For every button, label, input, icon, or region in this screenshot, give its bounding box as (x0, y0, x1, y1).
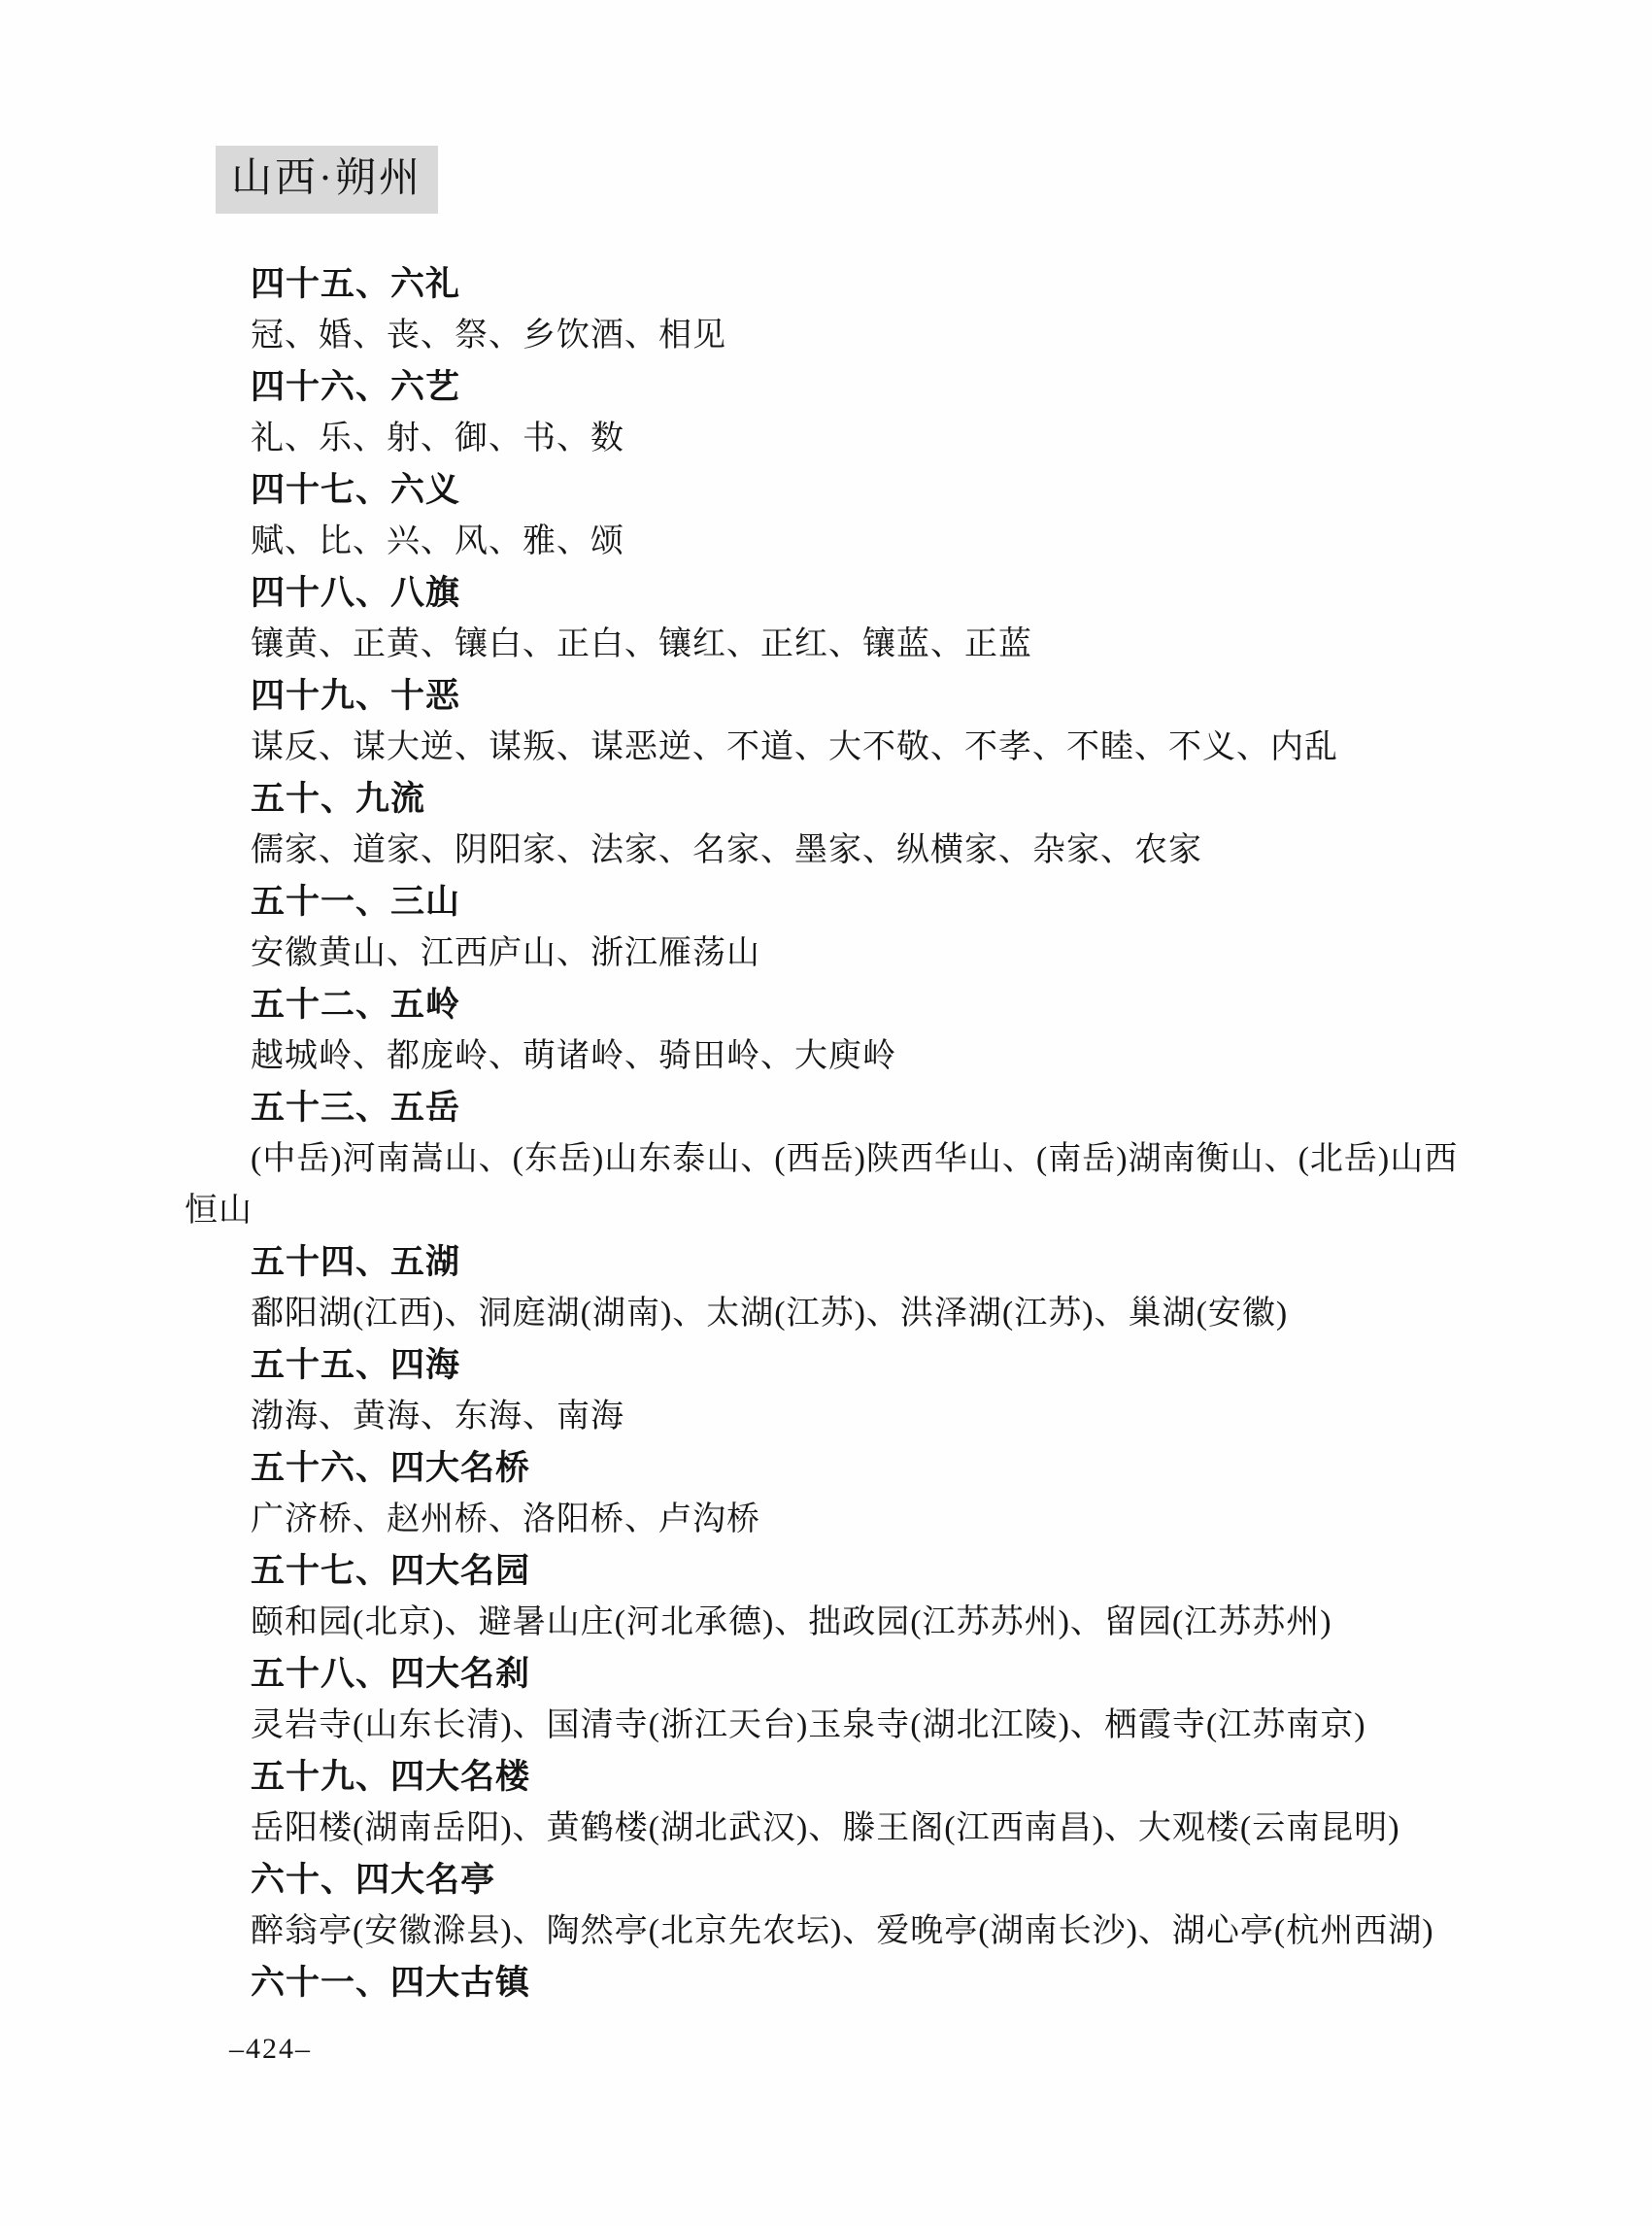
section-heading: 六十一、四大古镇 (185, 1957, 1476, 2008)
section-heading: 四十九、十恶 (185, 670, 1476, 722)
section: 五十三、五岳(中岳)河南嵩山、(东岳)山东泰山、(西岳)陕西华山、(南岳)湖南衡… (185, 1082, 1476, 1236)
section: 五十八、四大名刹灵岩寺(山东长清)、国清寺(浙江天台)玉泉寺(湖北江陵)、栖霞寺… (185, 1648, 1476, 1751)
section-content-line: 赋、比、兴、风、雅、颂 (185, 516, 1476, 567)
section-content-line: 灵岩寺(山东长清)、国清寺(浙江天台)玉泉寺(湖北江陵)、栖霞寺(江苏南京) (185, 1700, 1476, 1751)
section-heading: 五十五、四海 (185, 1339, 1476, 1391)
section-heading: 四十六、六艺 (185, 361, 1476, 413)
section: 四十五、六礼冠、婚、丧、祭、乡饮酒、相见 (185, 258, 1476, 361)
section: 五十、九流儒家、道家、阴阳家、法家、名家、墨家、纵横家、杂家、农家 (185, 773, 1476, 876)
section-content-line: 广济桥、赵州桥、洛阳桥、卢沟桥 (185, 1494, 1476, 1545)
section-heading: 四十八、八旗 (185, 567, 1476, 619)
section: 五十六、四大名桥广济桥、赵州桥、洛阳桥、卢沟桥 (185, 1442, 1476, 1545)
section: 六十、四大名亭醉翁亭(安徽滁县)、陶然亭(北京先农坛)、爱晚亭(湖南长沙)、湖心… (185, 1854, 1476, 1957)
section: 五十五、四海渤海、黄海、东海、南海 (185, 1339, 1476, 1442)
section-content-line: 儒家、道家、阴阳家、法家、名家、墨家、纵横家、杂家、农家 (185, 825, 1476, 876)
section-content-line: 镶黄、正黄、镶白、正白、镶红、正红、镶蓝、正蓝 (185, 619, 1476, 670)
section-content-line: 谋反、谋大逆、谋叛、谋恶逆、不道、大不敬、不孝、不睦、不义、内乱 (185, 722, 1476, 773)
section: 五十四、五湖鄱阳湖(江西)、洞庭湖(湖南)、太湖(江苏)、洪泽湖(江苏)、巢湖(… (185, 1236, 1476, 1339)
section: 五十九、四大名楼岳阳楼(湖南岳阳)、黄鹤楼(湖北武汉)、滕王阁(江西南昌)、大观… (185, 1751, 1476, 1854)
section: 五十一、三山安徽黄山、江西庐山、浙江雁荡山 (185, 876, 1476, 979)
section: 五十二、五岭越城岭、都庞岭、萌诸岭、骑田岭、大庾岭 (185, 979, 1476, 1082)
section-heading: 四十五、六礼 (185, 258, 1476, 310)
book-page: 山西·朔州 四十五、六礼冠、婚、丧、祭、乡饮酒、相见四十六、六艺礼、乐、射、御、… (0, 0, 1652, 2226)
section-content-line: 安徽黄山、江西庐山、浙江雁荡山 (185, 927, 1476, 979)
page-number: –424– (229, 2032, 312, 2067)
section-content-line: 礼、乐、射、御、书、数 (185, 413, 1476, 464)
section-content-line: 冠、婚、丧、祭、乡饮酒、相见 (185, 310, 1476, 361)
section-heading: 五十、九流 (185, 773, 1476, 825)
page-content: 四十五、六礼冠、婚、丧、祭、乡饮酒、相见四十六、六艺礼、乐、射、御、书、数四十七… (185, 258, 1476, 2008)
section: 五十七、四大名园颐和园(北京)、避暑山庄(河北承德)、拙政园(江苏苏州)、留园(… (185, 1545, 1476, 1648)
section-heading: 五十六、四大名桥 (185, 1442, 1476, 1494)
section-heading: 五十四、五湖 (185, 1236, 1476, 1288)
section-content-line: 恒山 (185, 1185, 1476, 1236)
section-heading: 五十九、四大名楼 (185, 1751, 1476, 1803)
section-heading: 四十七、六义 (185, 464, 1476, 516)
section-content-line: 醉翁亭(安徽滁县)、陶然亭(北京先农坛)、爱晚亭(湖南长沙)、湖心亭(杭州西湖) (185, 1906, 1476, 1957)
section: 四十九、十恶谋反、谋大逆、谋叛、谋恶逆、不道、大不敬、不孝、不睦、不义、内乱 (185, 670, 1476, 773)
section: 六十一、四大古镇 (185, 1957, 1476, 2008)
section-heading: 六十、四大名亭 (185, 1854, 1476, 1906)
section-content-line: 越城岭、都庞岭、萌诸岭、骑田岭、大庾岭 (185, 1030, 1476, 1082)
section: 四十六、六艺礼、乐、射、御、书、数 (185, 361, 1476, 464)
section-content-line: 岳阳楼(湖南岳阳)、黄鹤楼(湖北武汉)、滕王阁(江西南昌)、大观楼(云南昆明) (185, 1803, 1476, 1854)
section-heading: 五十八、四大名刹 (185, 1648, 1476, 1700)
section-heading: 五十三、五岳 (185, 1082, 1476, 1133)
section-content-line: (中岳)河南嵩山、(东岳)山东泰山、(西岳)陕西华山、(南岳)湖南衡山、(北岳)… (185, 1133, 1476, 1185)
running-header: 山西·朔州 (216, 146, 438, 214)
section-heading: 五十七、四大名园 (185, 1545, 1476, 1597)
section-heading: 五十一、三山 (185, 876, 1476, 927)
section: 四十七、六义赋、比、兴、风、雅、颂 (185, 464, 1476, 567)
section-content-line: 鄱阳湖(江西)、洞庭湖(湖南)、太湖(江苏)、洪泽湖(江苏)、巢湖(安徽) (185, 1288, 1476, 1339)
section-content-line: 渤海、黄海、东海、南海 (185, 1391, 1476, 1442)
section-heading: 五十二、五岭 (185, 979, 1476, 1030)
section-content-line: 颐和园(北京)、避暑山庄(河北承德)、拙政园(江苏苏州)、留园(江苏苏州) (185, 1597, 1476, 1648)
section: 四十八、八旗镶黄、正黄、镶白、正白、镶红、正红、镶蓝、正蓝 (185, 567, 1476, 670)
running-header-label: 山西·朔州 (231, 156, 422, 201)
